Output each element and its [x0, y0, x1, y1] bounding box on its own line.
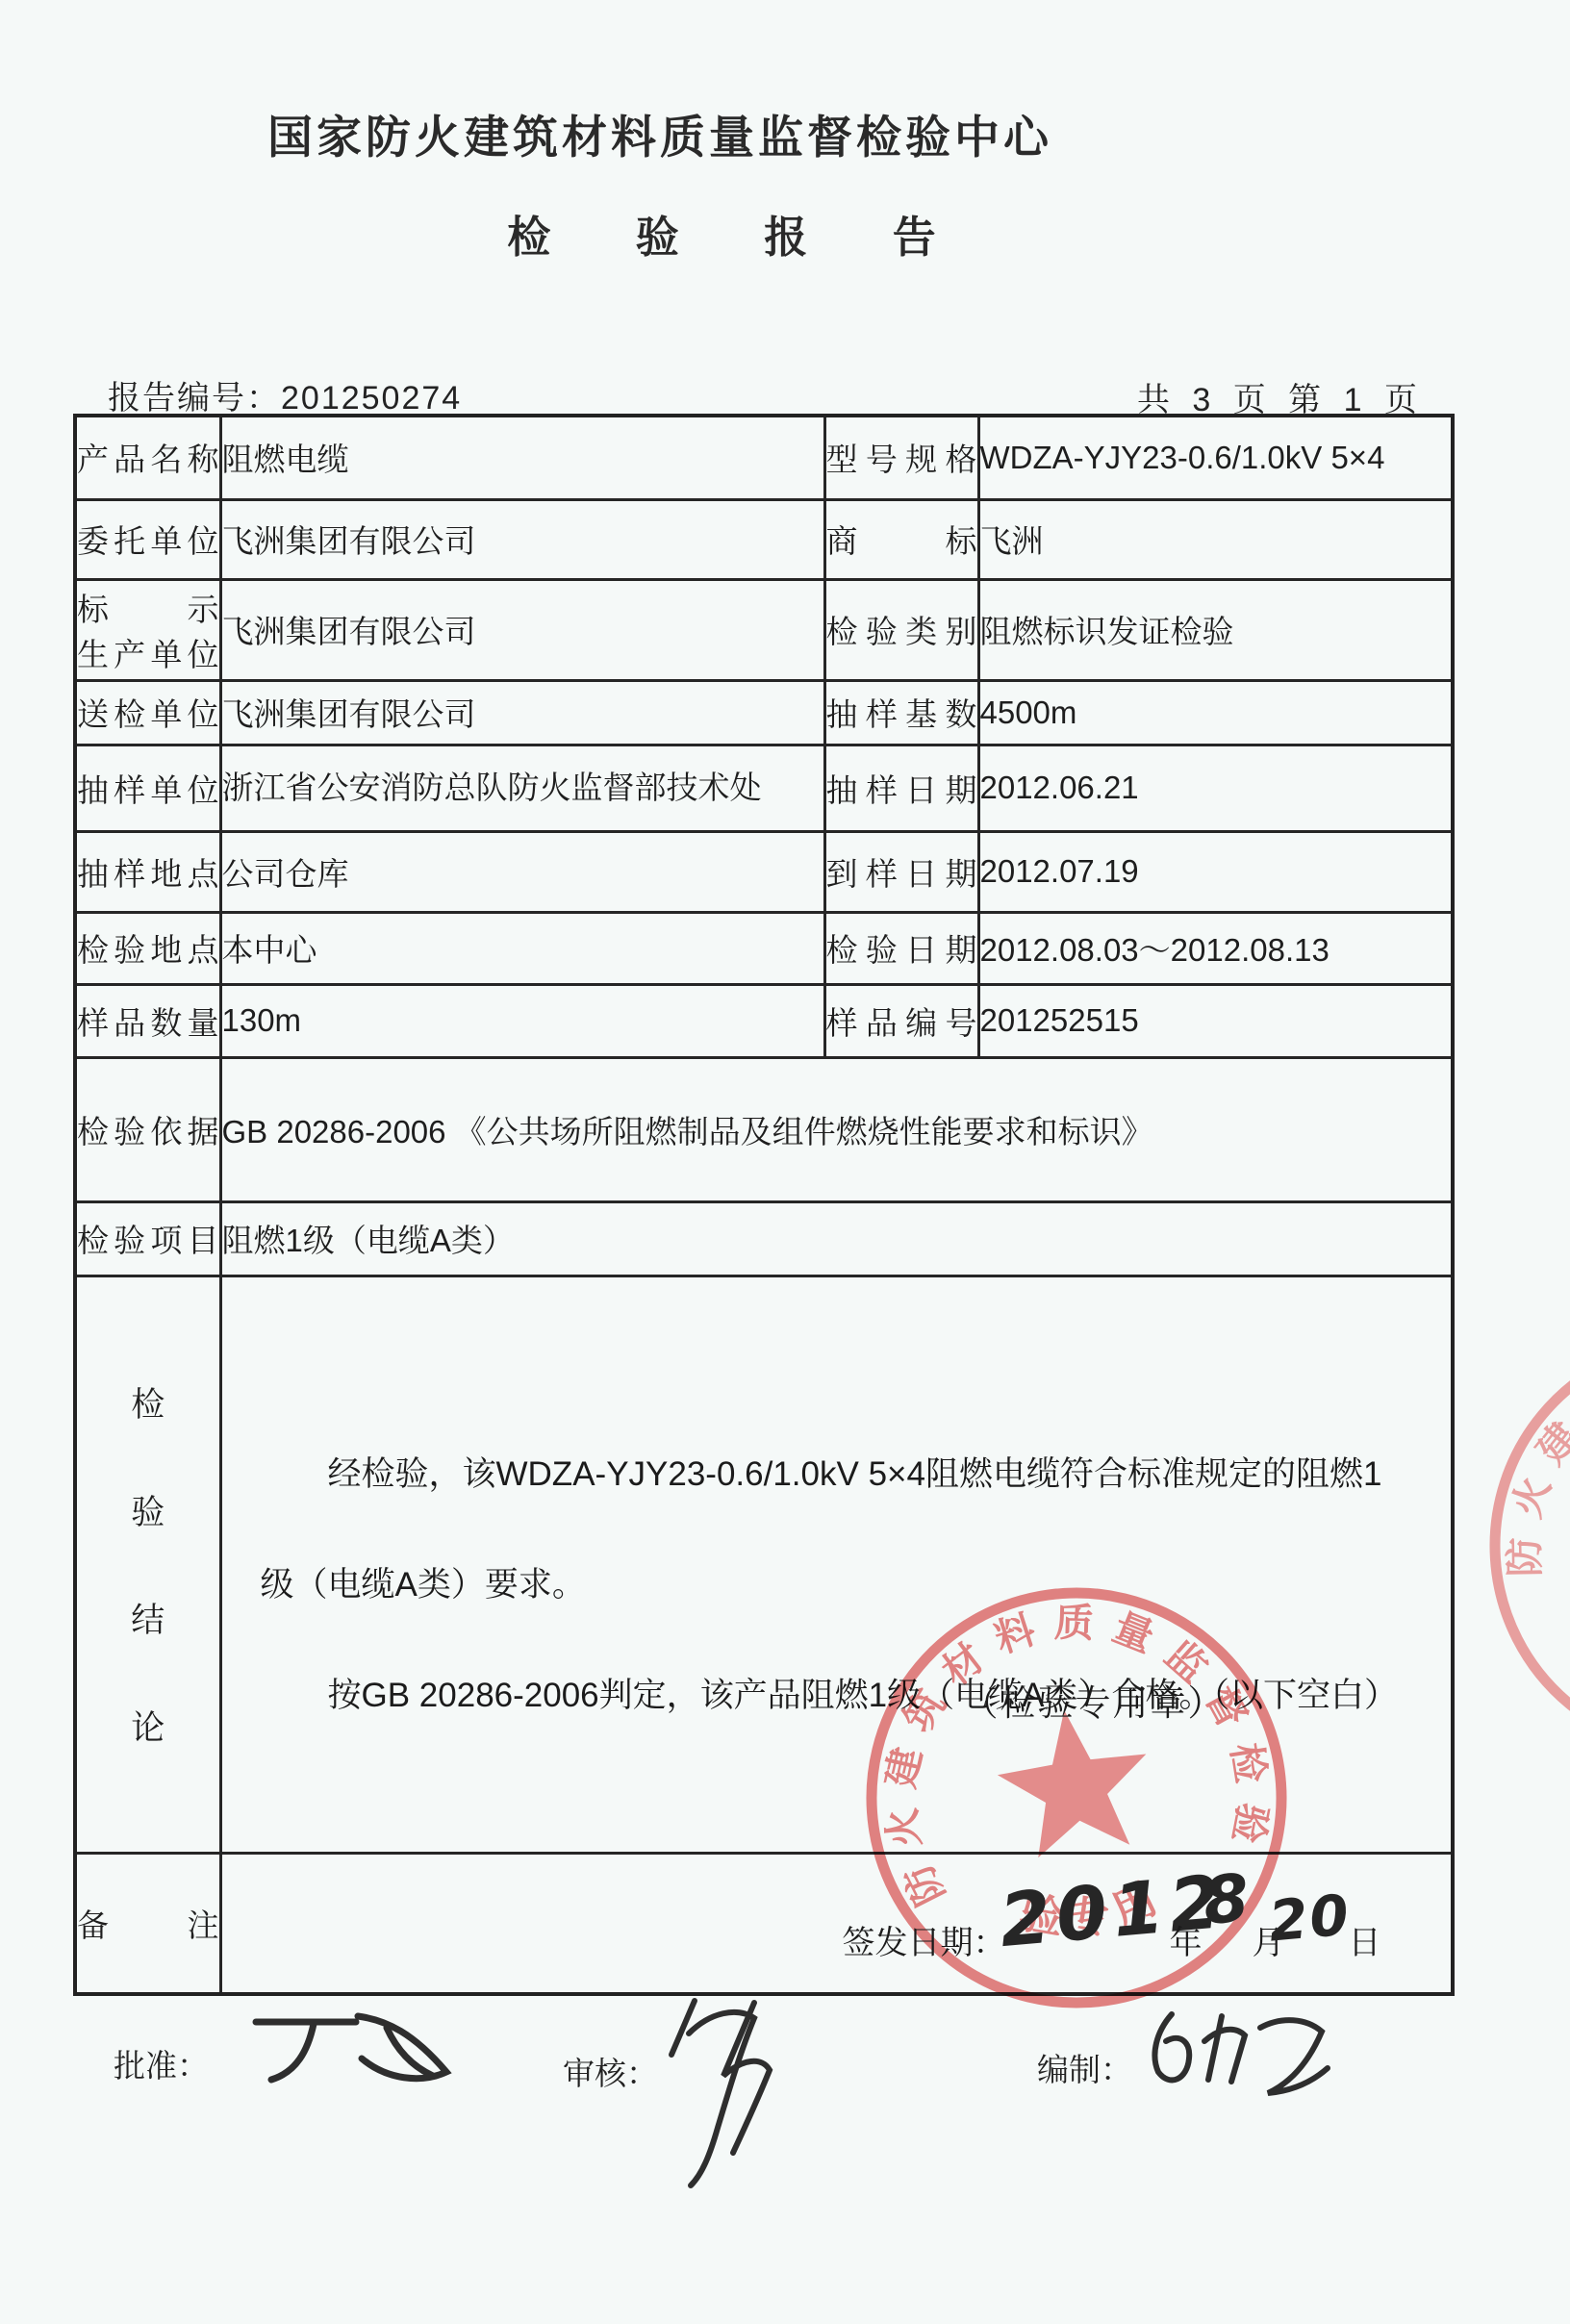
conclusion-char: 检	[131, 1378, 165, 1427]
label-text: 抽样地点	[77, 849, 219, 895]
prepare-label: 编制：	[1037, 2045, 1132, 2090]
seal-note-text: （检验专用章）	[963, 1674, 1226, 1726]
row-value: WDZA-YJY23-0.6/1.0kV 5×4	[978, 416, 1453, 499]
row-label: 委托单位	[75, 499, 220, 579]
conclusion-label: 检 验 结 论	[75, 1276, 220, 1853]
approve-label: 批准：	[114, 2041, 209, 2086]
approve-signature	[242, 1991, 473, 2107]
row-value: 公司仓库	[220, 831, 824, 912]
row-value: 本中心	[220, 912, 824, 984]
row-label: 标示 生产单位	[75, 579, 220, 680]
row-label: 抽样基数	[824, 680, 978, 745]
label-text: 备注	[77, 1901, 219, 1946]
remark-label-cell: 备注	[75, 1853, 220, 1994]
label-text: 样品编号	[826, 998, 977, 1044]
conclusion-char: 结	[131, 1594, 165, 1642]
label-text: 抽样单位	[77, 766, 219, 811]
label-text: 商标	[826, 517, 977, 562]
items-value: 阻燃1级（电缆A类）	[220, 1201, 1453, 1276]
issue-date-label: 签发日期：	[843, 1916, 1006, 1963]
row-label: 到样日期	[824, 831, 978, 912]
table-row: 送检单位 飞洲集团有限公司 抽样基数 4500m	[75, 680, 1453, 745]
row-label: 检验依据	[75, 1057, 220, 1201]
row-value: 浙江省公安消防总队防火监督部技术处	[220, 745, 824, 831]
table-row-basis: 检验依据 GB 20286-2006 《公共场所阻燃制品及组件燃烧性能要求和标识…	[75, 1057, 1453, 1201]
conclusion-cell: 经检验，该WDZA-YJY23-0.6/1.0kV 5×4阻燃电缆符合标准规定的…	[220, 1276, 1453, 1853]
prepare-signature	[1137, 1999, 1339, 2114]
handwritten-day: 20	[1266, 1882, 1353, 1954]
table-row: 抽样单位 浙江省公安消防总队防火监督部技术处 抽样日期 2012.06.21	[75, 745, 1453, 831]
official-round-stamp: 国家防火建筑材料质量监督检验中心 检验专用章	[821, 1542, 1331, 2053]
row-label: 抽样单位	[75, 745, 220, 831]
row-label: 产品名称	[75, 416, 220, 499]
row-label: 送检单位	[75, 680, 220, 745]
table-row: 委托单位 飞洲集团有限公司 商标 飞洲	[75, 499, 1453, 579]
row-label: 抽样日期	[824, 745, 978, 831]
label-text: 到样日期	[826, 849, 977, 895]
row-label: 检验日期	[824, 912, 978, 984]
conclusion-char: 论	[131, 1702, 165, 1750]
row-value: 2012.08.03～2012.08.13	[978, 912, 1453, 984]
row-value: 飞洲集团有限公司	[220, 680, 824, 745]
table-row: 产品名称 阻燃电缆 型号规格 WDZA-YJY23-0.6/1.0kV 5×4	[75, 416, 1453, 499]
row-value: 阻燃标识发证检验	[978, 579, 1453, 680]
row-label: 型号规格	[824, 416, 978, 499]
label-text: 检验日期	[826, 925, 977, 971]
day-suffix: 日	[1349, 1916, 1381, 1963]
row-value: 2012.06.21	[978, 745, 1453, 831]
label-text: 样品数量	[77, 998, 219, 1044]
row-value: 2012.07.19	[978, 831, 1453, 912]
report-number: 报告编号：201250274	[108, 371, 462, 418]
row-label: 抽样地点	[75, 831, 220, 912]
row-value: 飞洲	[978, 499, 1453, 579]
label-text: 检验依据	[77, 1107, 219, 1152]
row-label: 检验地点	[75, 912, 220, 984]
label-text: 生产单位	[77, 630, 219, 675]
label-text: 抽样基数	[826, 690, 977, 735]
label-text: 送检单位	[77, 690, 219, 735]
year-suffix: 年	[1170, 1916, 1203, 1963]
scanned-report-page: 国家防火建筑材料质量监督检验中心 检 验 报 告 报告编号：201250274 …	[0, 0, 1570, 2324]
page-subtitle: 检 验 报 告	[0, 202, 1443, 265]
row-value: 201252515	[978, 984, 1453, 1057]
conclusion-char: 验	[131, 1486, 165, 1534]
table-row: 抽样地点 公司仓库 到样日期 2012.07.19	[75, 831, 1453, 912]
row-value: 飞洲集团有限公司	[220, 579, 824, 680]
report-table: 产品名称 阻燃电缆 型号规格 WDZA-YJY23-0.6/1.0kV 5×4 …	[73, 414, 1455, 1996]
row-value: 飞洲集团有限公司	[220, 499, 824, 579]
row-label: 商标	[824, 499, 978, 579]
page-title: 国家防火建筑材料质量监督检验中心	[0, 102, 1320, 166]
table-row-items: 检验项目 阻燃1级（电缆A类）	[75, 1201, 1453, 1276]
label-text: 型号规格	[826, 435, 977, 480]
edge-partial-stamp: 国家防火建筑材料质量监督检验中心 检验专用章	[1480, 1329, 1570, 1753]
table-row-conclusion: 检 验 结 论 经检验，该WDZA-YJY23-0.6/1.0kV 5×4阻燃电…	[75, 1276, 1453, 1853]
row-label: 样品编号	[824, 984, 978, 1057]
report-number-value: 201250274	[281, 380, 462, 417]
table-row: 标示 生产单位 飞洲集团有限公司 检验类别 阻燃标识发证检验	[75, 579, 1453, 680]
label-text: 产品名称	[77, 435, 219, 480]
handwritten-month: 8	[1200, 1860, 1252, 1940]
review-signature	[662, 1983, 806, 2195]
row-value-text: 浙江省公安消防总队防火监督部技术处	[222, 763, 823, 813]
label-text: 检验项目	[77, 1216, 219, 1261]
label-text: 抽样日期	[826, 766, 977, 811]
row-label: 检验项目	[75, 1201, 220, 1276]
row-value: 阻燃电缆	[220, 416, 824, 499]
review-label: 审核：	[563, 2049, 658, 2094]
report-number-label: 报告编号：	[108, 380, 281, 417]
label-text: 检验地点	[77, 925, 219, 971]
label-text: 委托单位	[77, 517, 219, 562]
table-row: 样品数量 130m 样品编号 201252515	[75, 984, 1453, 1057]
conclusion-label-stack: 检 验 结 论	[77, 1378, 219, 1750]
row-label: 样品数量	[75, 984, 220, 1057]
row-value: 4500m	[978, 680, 1453, 745]
table-row: 检验地点 本中心 检验日期 2012.08.03～2012.08.13	[75, 912, 1453, 984]
basis-value: GB 20286-2006 《公共场所阻燃制品及组件燃烧性能要求和标识》	[220, 1057, 1453, 1201]
label-text: 标示	[77, 585, 219, 630]
row-label: 检验类别	[824, 579, 978, 680]
label-text: 检验类别	[826, 607, 977, 652]
row-value: 130m	[220, 984, 824, 1057]
